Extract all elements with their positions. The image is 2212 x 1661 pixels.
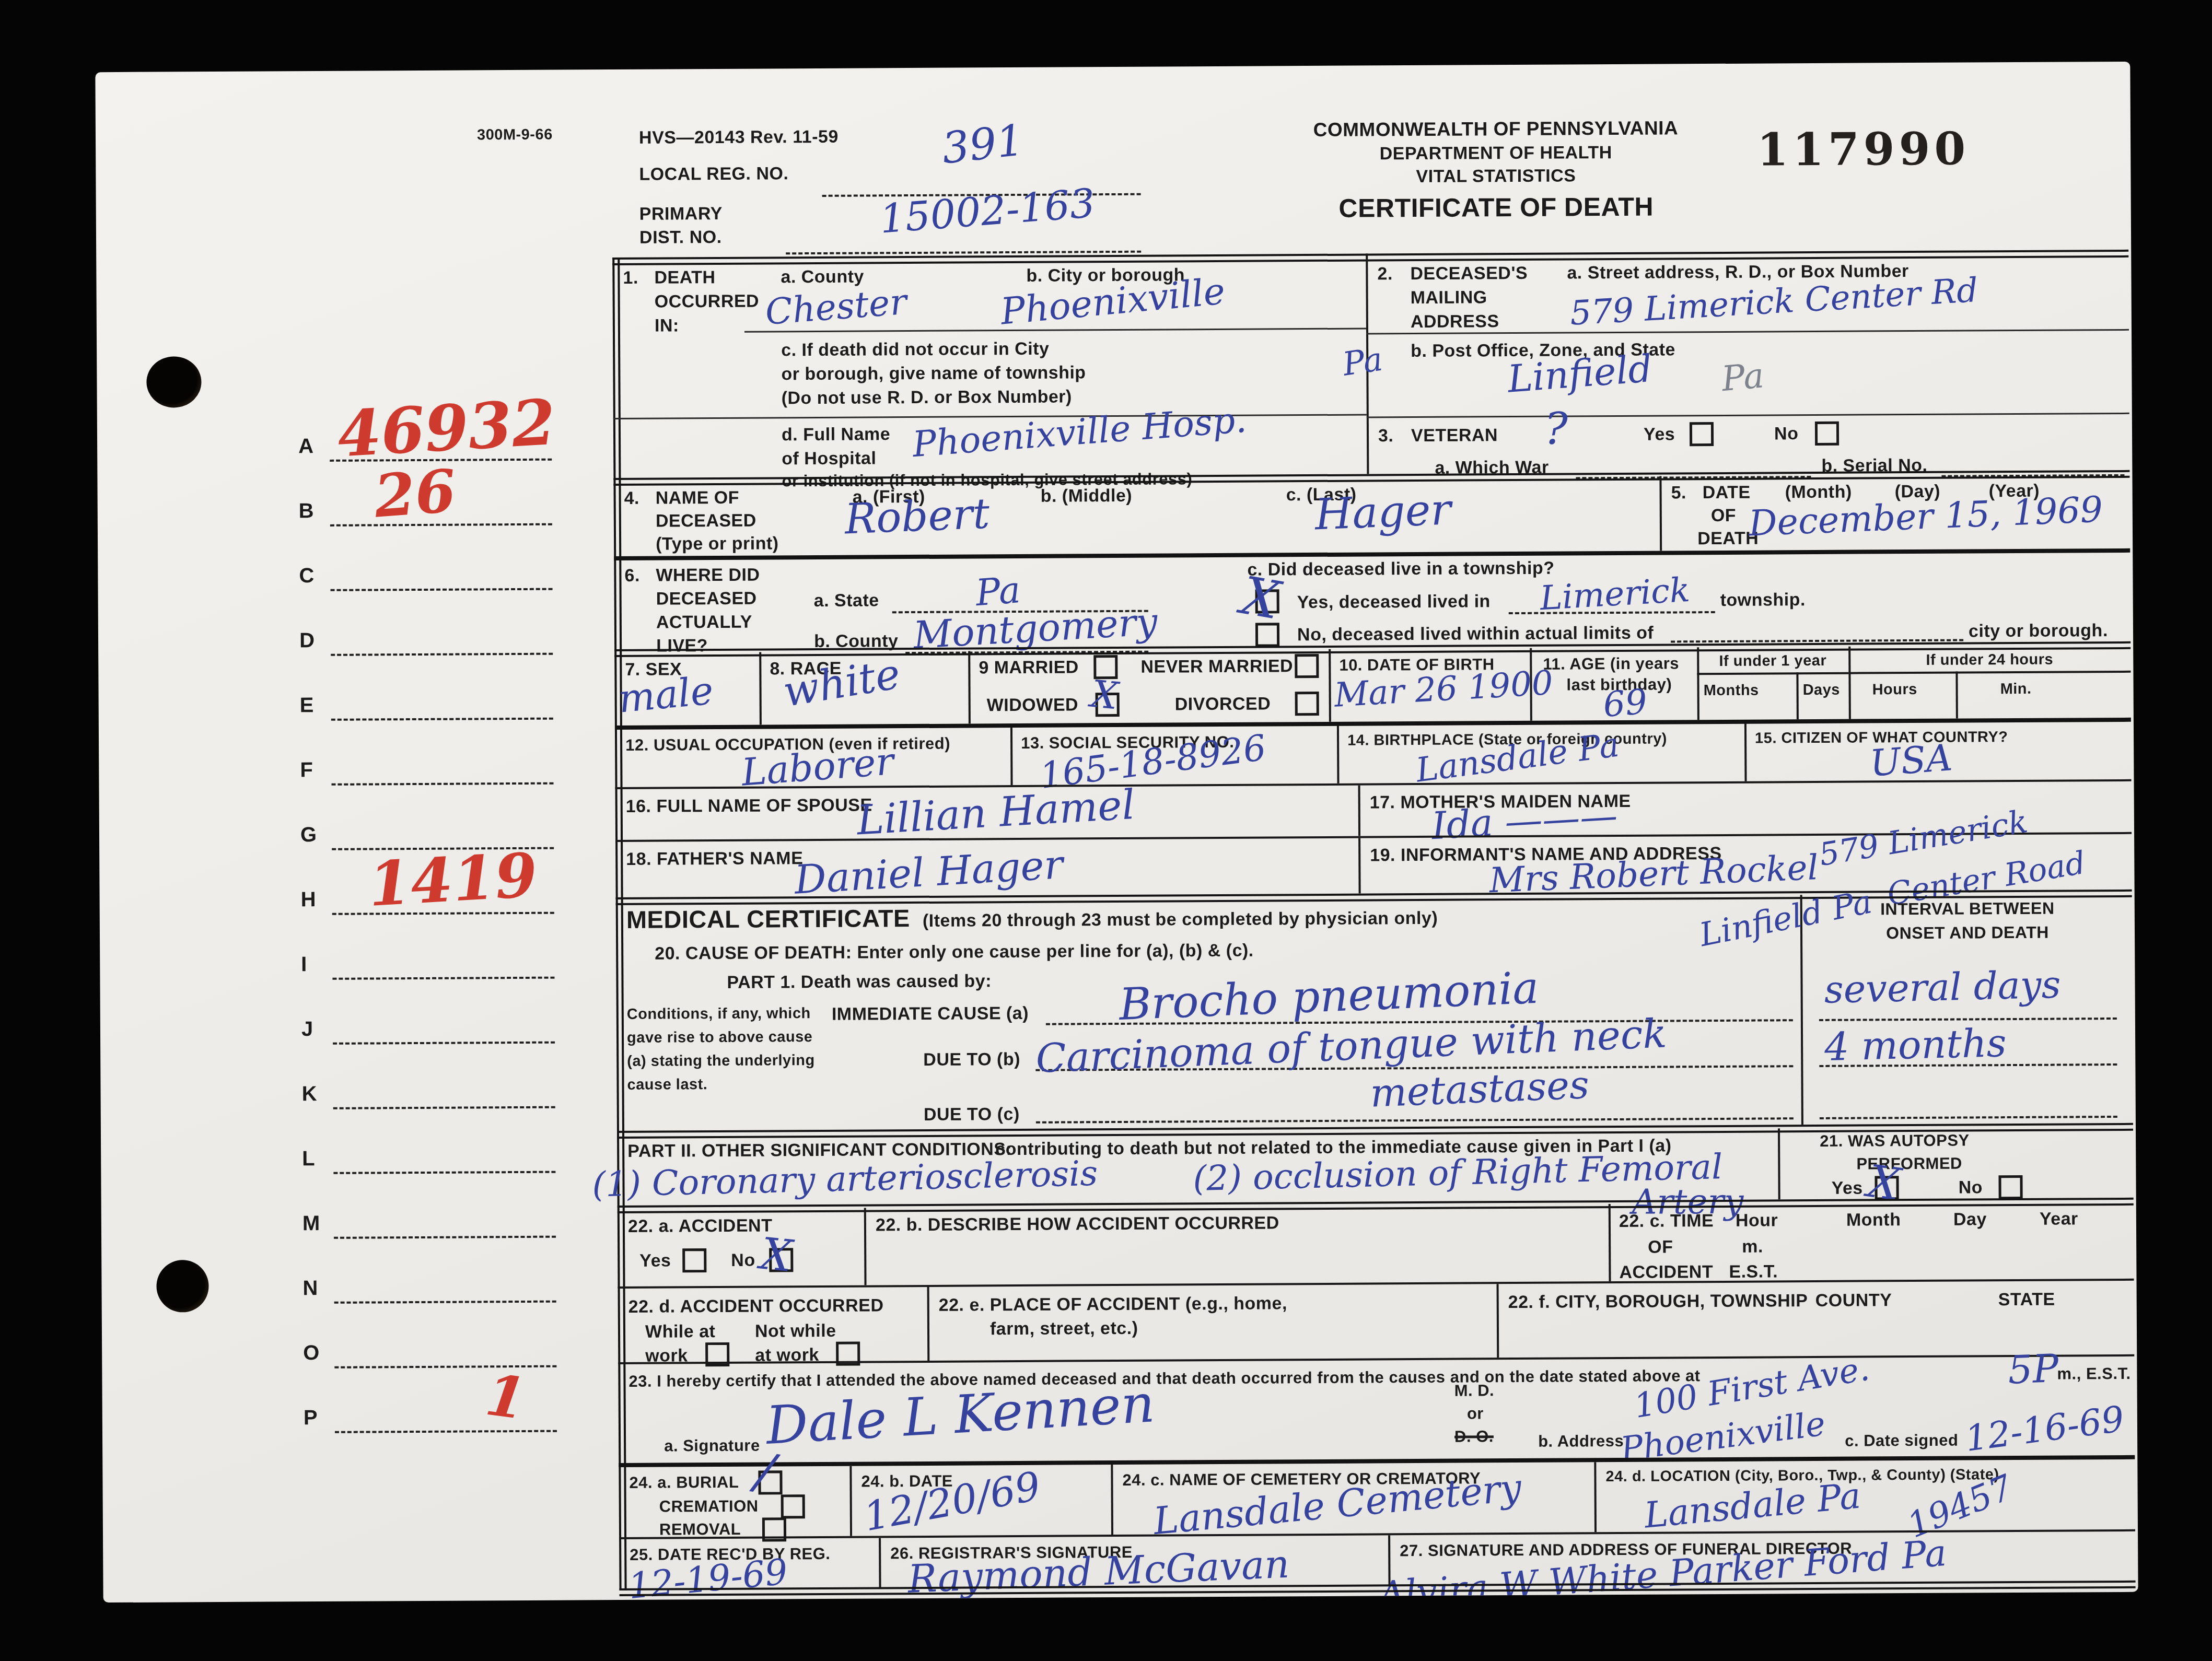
s22c-hour: Hour bbox=[1736, 1210, 1778, 1231]
s18-value: Daniel Hager bbox=[793, 841, 1064, 903]
s2-mailing: MAILING bbox=[1411, 287, 1487, 308]
s4-num: 4. bbox=[624, 488, 640, 509]
s6-yes-text: Yes, deceased lived in bbox=[1297, 591, 1491, 613]
s22c-m: m. bbox=[1742, 1237, 1763, 1257]
accident-no-x-mark: X bbox=[759, 1228, 795, 1282]
dist-no-label: DIST. NO. bbox=[639, 227, 722, 248]
s11-value: 69 bbox=[1602, 682, 1649, 725]
stub-letter-n: N bbox=[302, 1277, 318, 1300]
s6-t2: DECEASED bbox=[656, 589, 757, 610]
med-subtitle: (Items 20 through 23 must be completed b… bbox=[923, 908, 1438, 931]
veteran-yes-checkbox bbox=[1690, 422, 1714, 446]
photo-background: 300M-9-66 A B C D E F G H I J K L M N O … bbox=[0, 0, 2212, 1661]
township-no-checkbox bbox=[1255, 623, 1279, 647]
divider-24a-24b bbox=[849, 1466, 852, 1536]
accident-yes-checkbox bbox=[682, 1248, 706, 1272]
s6-no-text: No, deceased lived within actual limits … bbox=[1297, 623, 1654, 646]
divider-22e-22f bbox=[1497, 1284, 1499, 1358]
s18-label: 18. FATHER'S NAME bbox=[626, 848, 803, 870]
stub-letter-a: A bbox=[298, 435, 314, 458]
s23-date-label: c. Date signed bbox=[1845, 1431, 1958, 1451]
s6-t3: ACTUALLY bbox=[656, 612, 752, 633]
med-cond2: gave rise to above cause bbox=[627, 1028, 813, 1047]
med-part1: PART 1. Death was caused by: bbox=[727, 971, 992, 993]
under24-rule bbox=[1848, 671, 2130, 674]
s23-md: M. D. bbox=[1454, 1381, 1495, 1400]
s3-label: VETERAN bbox=[1411, 425, 1498, 446]
stub-letter-f: F bbox=[300, 758, 313, 782]
s3-value: ? bbox=[1544, 403, 1568, 454]
interval-header2: ONSET AND DEATH bbox=[1806, 922, 2129, 943]
s3-no-label: No bbox=[1774, 424, 1799, 444]
s23-sig-label: a. Signature bbox=[664, 1436, 760, 1456]
s22d-notwhile: Not while bbox=[755, 1321, 836, 1342]
s23-date-value: 12-16-69 bbox=[1963, 1399, 2126, 1460]
s2-po-state: Pa bbox=[1720, 355, 1766, 399]
stub-letter-o: O bbox=[303, 1341, 320, 1365]
s22e-label2: farm, street, etc.) bbox=[990, 1318, 1138, 1339]
s22c-month: Month bbox=[1846, 1210, 1901, 1231]
township-yes-x-mark: X bbox=[1237, 565, 1284, 631]
stub-letter-m: M bbox=[302, 1212, 320, 1235]
s1-d1: d. Full Name bbox=[782, 424, 890, 445]
s9-widowed-label: WIDOWED bbox=[987, 695, 1079, 716]
s22a-label: 22. a. ACCIDENT bbox=[628, 1215, 773, 1236]
s9-divorced-label: DIVORCED bbox=[1175, 694, 1271, 715]
interval-b-value: 4 months bbox=[1824, 1021, 2007, 1070]
header-department: DEPARTMENT OF HEALTH bbox=[1208, 142, 1783, 165]
divider-s14-s15 bbox=[1744, 723, 1747, 781]
s4-last-value: Hager bbox=[1314, 485, 1452, 540]
s4-first-value: Robert bbox=[844, 489, 991, 543]
divider-25-26 bbox=[879, 1538, 881, 1588]
local-reg-label: LOCAL REG. NO. bbox=[639, 163, 788, 184]
stub-line-m bbox=[334, 1236, 556, 1239]
s1-county-label: a. County bbox=[781, 267, 864, 288]
form-code: HVS—20143 Rev. 11-59 bbox=[639, 127, 839, 148]
divider-months-days bbox=[1796, 672, 1798, 719]
s1-num: 1. bbox=[623, 268, 638, 288]
s6-state-label: a. State bbox=[814, 590, 879, 611]
s6-t1: WHERE DID bbox=[656, 565, 760, 586]
stub-letter-c: C bbox=[299, 564, 315, 588]
hole-punch-top bbox=[146, 356, 202, 408]
form-left-border bbox=[612, 258, 626, 1590]
under24-header: If under 24 hours bbox=[1848, 651, 2130, 670]
rule-part2-bottom bbox=[618, 1198, 2134, 1213]
interval-c-line bbox=[1820, 1116, 2117, 1119]
s2-deceaseds: DECEASED'S bbox=[1410, 263, 1528, 284]
never-married-checkbox bbox=[1295, 654, 1319, 678]
s22c-label2: OF bbox=[1648, 1237, 1673, 1257]
s3-yes-label: Yes bbox=[1644, 424, 1675, 445]
s2-num: 2. bbox=[1377, 264, 1393, 284]
header-commonwealth: COMMONWEALTH OF PENNSYLVANIA bbox=[1208, 116, 1783, 142]
stub-letter-i: I bbox=[301, 953, 307, 976]
s1-d2: of Hospital bbox=[782, 448, 876, 469]
s23-addr-label: b. Address bbox=[1538, 1432, 1624, 1451]
stub-line-d bbox=[331, 653, 553, 656]
s1-c1: c. If death did not occur in City bbox=[781, 339, 1050, 361]
med-immediate-label: IMMEDIATE CAUSE (a) bbox=[832, 1003, 1029, 1025]
hours-label: Hours bbox=[1872, 681, 1917, 698]
s1-county-value: Chester bbox=[764, 282, 908, 333]
s22f-state: STATE bbox=[1998, 1290, 2055, 1311]
stub-line-i bbox=[332, 977, 554, 980]
divider-s8-s9 bbox=[968, 651, 971, 723]
widowed-x-mark: X bbox=[1089, 672, 1120, 718]
s23-certify-text: 23. I hereby certify that I attended the… bbox=[628, 1366, 1700, 1391]
under1-header: If under 1 year bbox=[1697, 652, 1848, 671]
stub-line-n bbox=[334, 1301, 556, 1304]
s23-time-value: 5P bbox=[2007, 1346, 2059, 1393]
hole-punch-bottom bbox=[156, 1260, 209, 1313]
s5-num: 5. bbox=[1671, 483, 1687, 503]
certificate-number: 117990 bbox=[1757, 122, 1970, 176]
s21-yes-label: Yes bbox=[1831, 1178, 1862, 1199]
med-cond3: (a) stating the underlying bbox=[627, 1052, 815, 1070]
s22d-while: While at bbox=[645, 1321, 716, 1342]
divorced-checkbox bbox=[1295, 692, 1319, 716]
s9-married-label: 9 MARRIED bbox=[979, 657, 1079, 678]
med-due-c-label: DUE TO (c) bbox=[924, 1104, 1020, 1125]
stub-letter-g: G bbox=[300, 823, 317, 847]
s22c-label1: 22. c. TIME bbox=[1619, 1211, 1714, 1232]
s9-never-label: NEVER MARRIED bbox=[1140, 656, 1293, 677]
divider-s12-s13 bbox=[1010, 727, 1013, 785]
interval-a-value: several days bbox=[1824, 963, 2062, 1012]
stub-letter-e: E bbox=[300, 694, 314, 717]
s22e-label1: 22. e. PLACE OF ACCIDENT (e.g., home, bbox=[939, 1293, 1287, 1315]
s11-label1: 11. AGE (in years bbox=[1543, 654, 1679, 673]
divider-s9-s10 bbox=[1329, 649, 1331, 722]
divider-s18-s19 bbox=[1358, 838, 1361, 894]
s4-t1: NAME OF bbox=[656, 488, 739, 509]
divider-22a-22b bbox=[864, 1208, 867, 1285]
divider-24b-24c bbox=[1111, 1465, 1113, 1535]
veteran-no-checkbox bbox=[1815, 422, 1839, 446]
s22a-yes: Yes bbox=[639, 1250, 671, 1271]
death-certificate-paper: 300M-9-66 A B C D E F G H I J K L M N O … bbox=[95, 62, 2138, 1602]
s1-inner-rule bbox=[744, 327, 1366, 332]
stub-letter-d: D bbox=[299, 629, 315, 652]
under1-rule bbox=[1697, 672, 1848, 675]
s22c-year: Year bbox=[2040, 1209, 2078, 1229]
min-label: Min. bbox=[2000, 681, 2032, 698]
stub-letter-j: J bbox=[301, 1017, 313, 1041]
s5-t2: OF bbox=[1711, 506, 1736, 526]
med-cond1: Conditions, if any, which bbox=[627, 1005, 811, 1023]
stub-letter-k: K bbox=[301, 1082, 317, 1106]
s1-c2: or borough, give name of township bbox=[781, 362, 1086, 384]
s24-cremation-label: CREMATION bbox=[659, 1497, 759, 1516]
divider-s7-s8 bbox=[759, 652, 762, 725]
s1-hospital-value: Phoenixville Hosp. bbox=[911, 399, 1248, 465]
header-title: CERTIFICATE OF DEATH bbox=[1209, 191, 1784, 224]
stub-line-l bbox=[333, 1171, 555, 1174]
rule-23-bottom bbox=[619, 1455, 2135, 1467]
divider-22b-22c bbox=[1609, 1204, 1611, 1281]
s6-city-suffix: city or borough. bbox=[1969, 621, 2108, 641]
dist-no-value: 15002-163 bbox=[878, 180, 1097, 242]
s21-label1: 21. WAS AUTOPSY bbox=[1820, 1131, 1970, 1151]
rule-row7-bottom bbox=[615, 718, 2131, 730]
s6-num: 6. bbox=[624, 566, 640, 586]
s6-c-label: c. Did deceased live in a township? bbox=[1247, 558, 1554, 580]
cremation-checkbox bbox=[781, 1494, 805, 1518]
s24-burial-label: 24. a. BURIAL bbox=[629, 1473, 739, 1492]
divider-s4-s5 bbox=[1659, 476, 1662, 551]
stub-line-f bbox=[331, 782, 553, 786]
stub-line-p bbox=[335, 1430, 557, 1433]
s4-t2: DECEASED bbox=[656, 511, 756, 532]
s7-value: male bbox=[616, 668, 715, 721]
med-cond4: cause last. bbox=[627, 1076, 707, 1094]
s1-death: DEATH bbox=[654, 267, 715, 288]
print-code: 300M-9-66 bbox=[477, 126, 553, 144]
divider-22d-22e bbox=[927, 1287, 930, 1361]
s4-middle-label: b. (Middle) bbox=[1041, 486, 1133, 507]
s1-c3: (Do not use R. D. or Box Number) bbox=[782, 387, 1072, 408]
stub-letter-l: L bbox=[302, 1147, 315, 1171]
s21-no-label: No bbox=[1958, 1177, 1983, 1198]
s1-in: IN: bbox=[655, 315, 679, 336]
s1-occurred: OCCURRED bbox=[655, 291, 760, 312]
cause-c-line bbox=[1036, 1117, 1794, 1124]
months-label: Months bbox=[1704, 682, 1759, 700]
s4-t3: (Type or print) bbox=[656, 533, 779, 554]
stub-red-number-p: 1 bbox=[482, 1362, 530, 1433]
stub-line-k bbox=[333, 1106, 555, 1109]
s16-value: Lillian Hamel bbox=[856, 781, 1136, 845]
stub-letter-h: H bbox=[301, 888, 317, 911]
local-reg-value: 391 bbox=[939, 115, 1026, 174]
primary-label: PRIMARY bbox=[639, 204, 723, 225]
s23-or: or bbox=[1467, 1404, 1484, 1423]
med-due-b-label: DUE TO (b) bbox=[923, 1049, 1020, 1070]
interval-a-line bbox=[1819, 1017, 2117, 1021]
stub-red-number-b: 26 bbox=[372, 457, 458, 531]
s23-mest: m., E.S.T. bbox=[2057, 1364, 2130, 1384]
cause-b-value2: metastases bbox=[1369, 1062, 1590, 1116]
s3-rule bbox=[1367, 413, 2129, 418]
s6-township-suffix: township. bbox=[1720, 590, 1806, 611]
header-vital: VITAL STATISTICS bbox=[1208, 165, 1783, 188]
med-s20: 20. CAUSE OF DEATH: Enter only one cause… bbox=[655, 941, 1254, 964]
stub-line-e bbox=[331, 718, 553, 721]
stub-line-c bbox=[331, 588, 553, 591]
med-title: MEDICAL CERTIFICATE bbox=[626, 904, 910, 934]
dist-no-line bbox=[786, 251, 1141, 255]
divider-hours-min bbox=[1955, 672, 1958, 719]
s2-address: ADDRESS bbox=[1411, 311, 1499, 332]
s22d-label: 22. d. ACCIDENT OCCURRED bbox=[628, 1295, 884, 1317]
s3-num: 3. bbox=[1378, 426, 1394, 446]
s23-do: D. O. bbox=[1454, 1427, 1494, 1446]
divider-part2-s21 bbox=[1778, 1128, 1780, 1199]
stub-letter-p: P bbox=[304, 1406, 318, 1430]
stub-letter-b: B bbox=[299, 499, 315, 523]
s5-t1: DATE bbox=[1703, 483, 1751, 503]
autopsy-no-checkbox bbox=[1998, 1175, 2022, 1199]
stub-line-j bbox=[333, 1042, 555, 1045]
divider-24c-24d bbox=[1594, 1462, 1597, 1532]
s22c-label3: ACCIDENT bbox=[1619, 1262, 1713, 1283]
s15-value: USA bbox=[1868, 736, 1953, 785]
days-label: Days bbox=[1803, 682, 1840, 699]
divider-s13-s14 bbox=[1337, 726, 1340, 783]
s22b-label: 22. b. DESCRIBE HOW ACCIDENT OCCURRED bbox=[876, 1213, 1279, 1235]
s22c-day: Day bbox=[1953, 1209, 1987, 1230]
s22c-est: E.S.T. bbox=[1729, 1261, 1778, 1282]
s22a-no: No bbox=[731, 1250, 755, 1271]
divider-s16-s17 bbox=[1358, 786, 1361, 836]
rule-22abc-bottom bbox=[618, 1279, 2134, 1289]
s22f-county: COUNTY bbox=[1815, 1290, 1892, 1311]
s16-label: 16. FULL NAME OF SPOUSE bbox=[626, 795, 872, 816]
stub-red-number-h: 1419 bbox=[367, 839, 539, 920]
s1-city-suffix: Pa bbox=[1340, 340, 1385, 383]
s22f-label: 22. f. CITY, BOROUGH, TOWNSHIP bbox=[1508, 1291, 1808, 1313]
